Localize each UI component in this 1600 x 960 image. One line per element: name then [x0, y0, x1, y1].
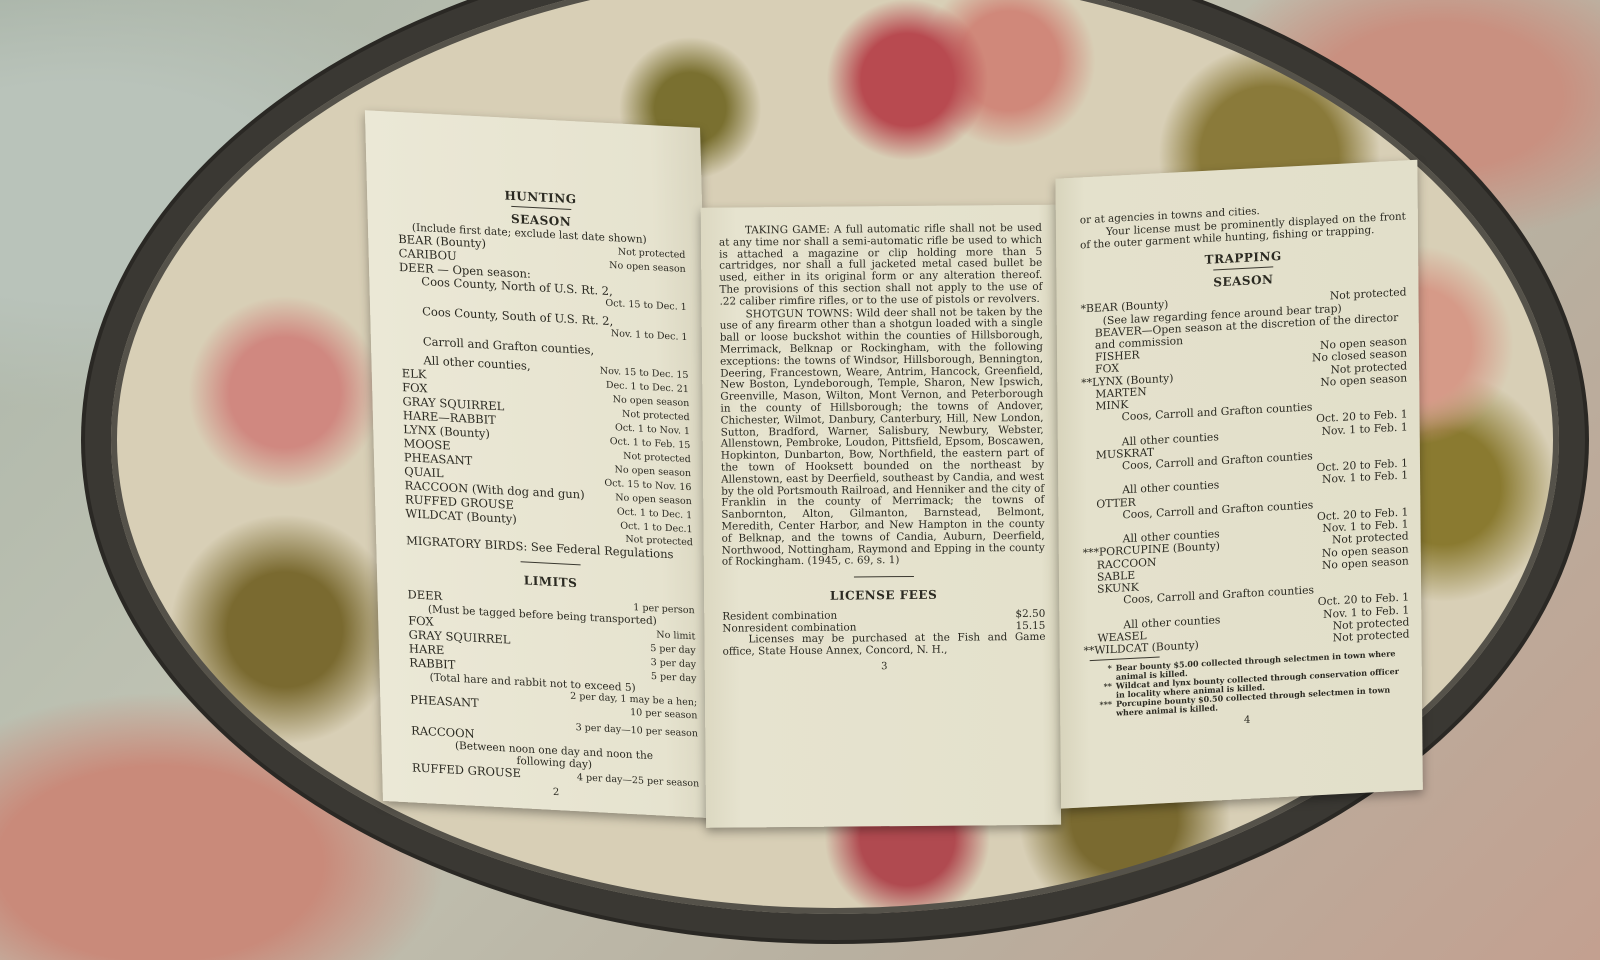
page-3: TAKING GAME: A full automatic rifle shal…: [701, 205, 1061, 828]
page-4: or at agencies in towns and cities. Your…: [1055, 160, 1422, 809]
license-purchase-text: Licenses may be purchased at the Fish an…: [722, 632, 1045, 658]
regulations-pamphlet: HUNTING SEASON (Include first date; excl…: [365, 113, 1453, 822]
section-rule: [853, 576, 913, 578]
taking-game-paragraph: TAKING GAME: A full automatic rifle shal…: [719, 223, 1043, 308]
page-2: HUNTING SEASON (Include first date; excl…: [365, 110, 718, 818]
shotgun-towns-paragraph: SHOTGUN TOWNS: Wild deer shall not be ta…: [720, 306, 1045, 568]
page-number: 3: [723, 660, 1046, 674]
